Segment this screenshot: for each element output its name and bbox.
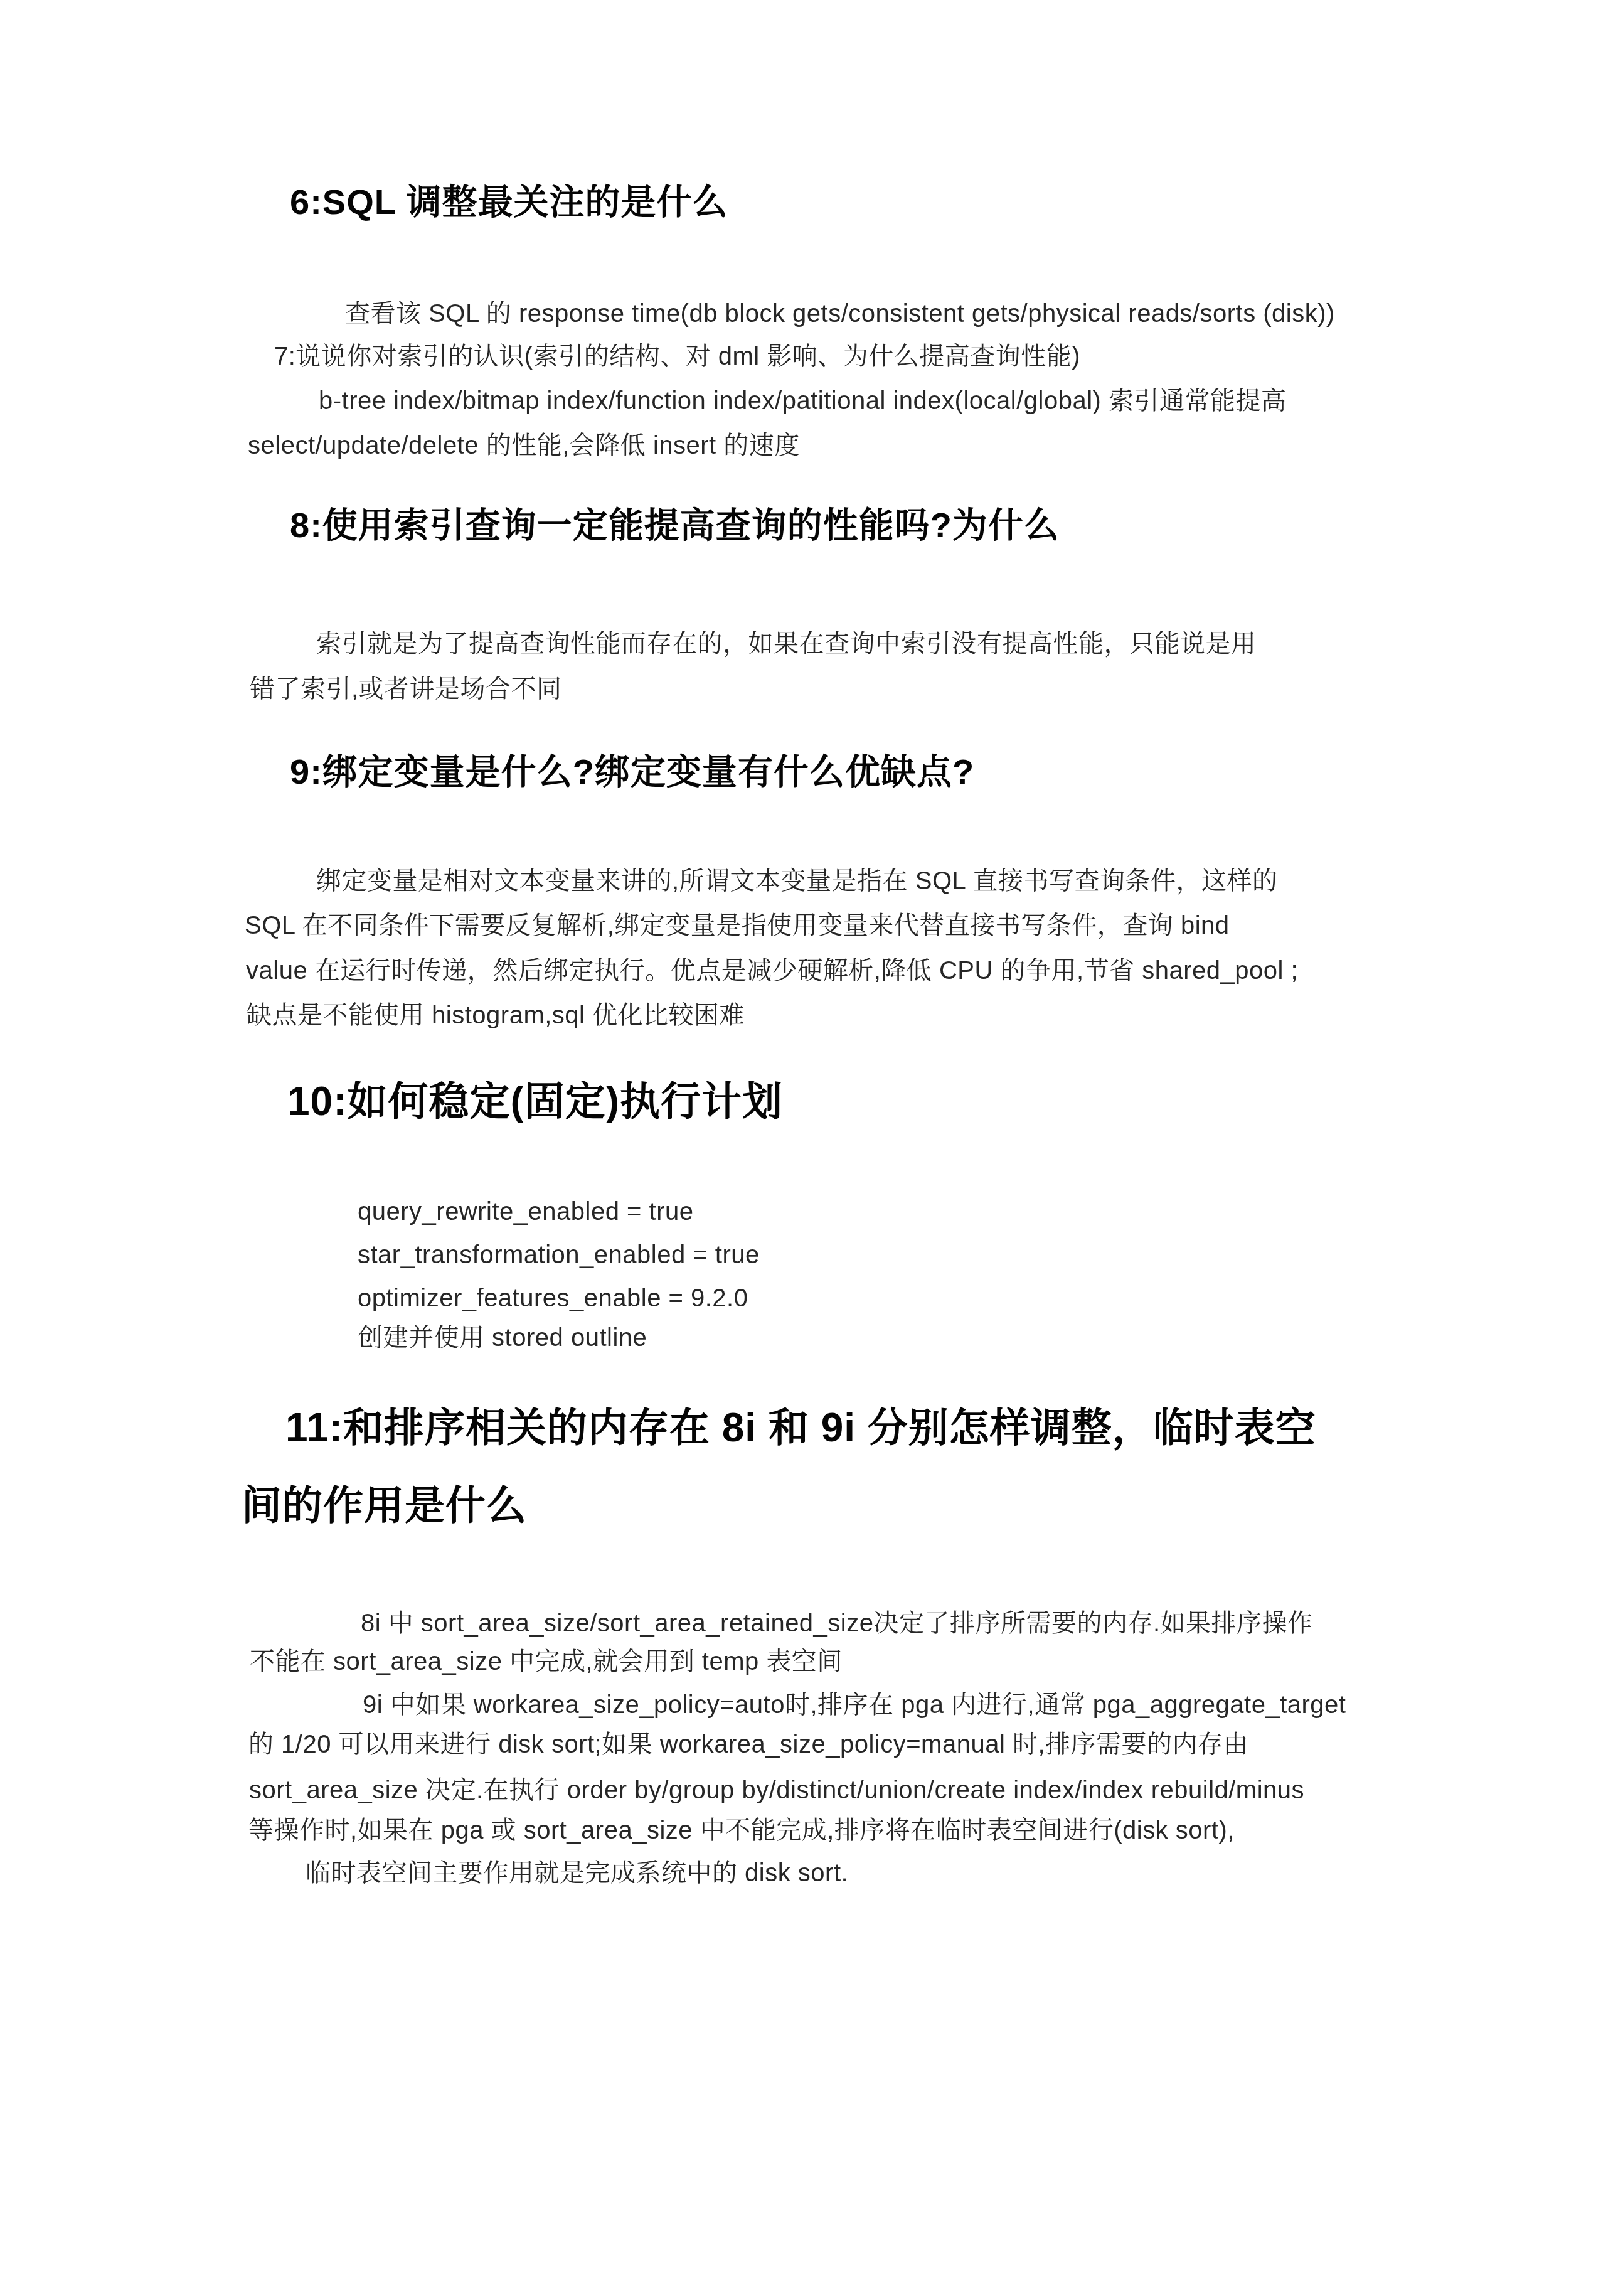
para-q6-line-4: select/update/delete 的性能,会降低 insert 的速度 xyxy=(248,430,800,461)
heading-question-6: 6:SQL 调整最关注的是什么 xyxy=(290,183,728,222)
heading-question-10: 10:如何稳定(固定)执行计划 xyxy=(287,1079,783,1123)
para-q6-line-2: 7:说说你对索引的认识(索引的结构、对 dml 影响、为什么提高查询性能) xyxy=(274,341,1080,371)
para-q8-line-1: 索引就是为了提高查询性能而存在的，如果在查询中索引没有提高性能，只能说是用 xyxy=(316,629,1257,659)
heading-question-8: 8:使用索引查询一定能提高查询的性能吗?为什么 xyxy=(290,506,1060,545)
para-q6-line-3: b-tree index/bitmap index/function index… xyxy=(319,386,1286,416)
para-q11-line-3: 9i 中如果 workarea_size_policy=auto时,排序在 pg… xyxy=(363,1690,1346,1720)
para-q9-line-3: value 在运行时传递，然后绑定执行。优点是减少硬解析,降低 CPU 的争用,… xyxy=(246,956,1298,986)
para-q11-line-7: 临时表空间主要作用就是完成系统中的 disk sort. xyxy=(306,1858,848,1888)
heading-question-11-line-1: 11:和排序相关的内存在 8i 和 9i 分别怎样调整，临时表空 xyxy=(285,1406,1316,1450)
param-line-optimizer-features: optimizer_features_enable = 9.2.0 xyxy=(358,1283,748,1313)
param-line-query-rewrite: query_rewrite_enabled = true xyxy=(358,1197,693,1227)
document-page: 6:SQL 调整最关注的是什么 查看该 SQL 的 response time(… xyxy=(0,0,1623,2296)
para-q11-line-1: 8i 中 sort_area_size/sort_area_retained_s… xyxy=(361,1608,1313,1638)
para-q9-line-2: SQL 在不同条件下需要反复解析,绑定变量是指使用变量来代替直接书写条件，查询 … xyxy=(245,910,1230,941)
heading-question-11-line-2: 间的作用是什么 xyxy=(242,1483,527,1527)
para-q11-line-2: 不能在 sort_area_size 中完成,就会用到 temp 表空间 xyxy=(250,1647,843,1677)
para-q8-line-2: 错了索引,或者讲是场合不同 xyxy=(250,674,562,704)
param-line-stored-outline: 创建并使用 stored outline xyxy=(358,1323,647,1353)
para-q6-line-1: 查看该 SQL 的 response time(db block gets/co… xyxy=(345,299,1335,329)
para-q11-line-5: sort_area_size 决定.在执行 order by/group by/… xyxy=(249,1775,1304,1805)
heading-question-9: 9:绑定变量是什么?绑定变量有什么优缺点? xyxy=(290,752,974,791)
para-q9-line-4: 缺点是不能使用 histogram,sql 优化比较困难 xyxy=(247,1000,745,1030)
para-q9-line-1: 绑定变量是相对文本变量来讲的,所谓文本变量是指在 SQL 直接书写查询条件，这样… xyxy=(316,866,1277,896)
para-q11-line-6: 等操作时,如果在 pga 或 sort_area_size 中不能完成,排序将在… xyxy=(248,1815,1235,1845)
para-q11-line-4: 的 1/20 可以用来进行 disk sort;如果 workarea_size… xyxy=(248,1729,1248,1759)
param-line-star-transformation: star_transformation_enabled = true xyxy=(358,1240,760,1270)
